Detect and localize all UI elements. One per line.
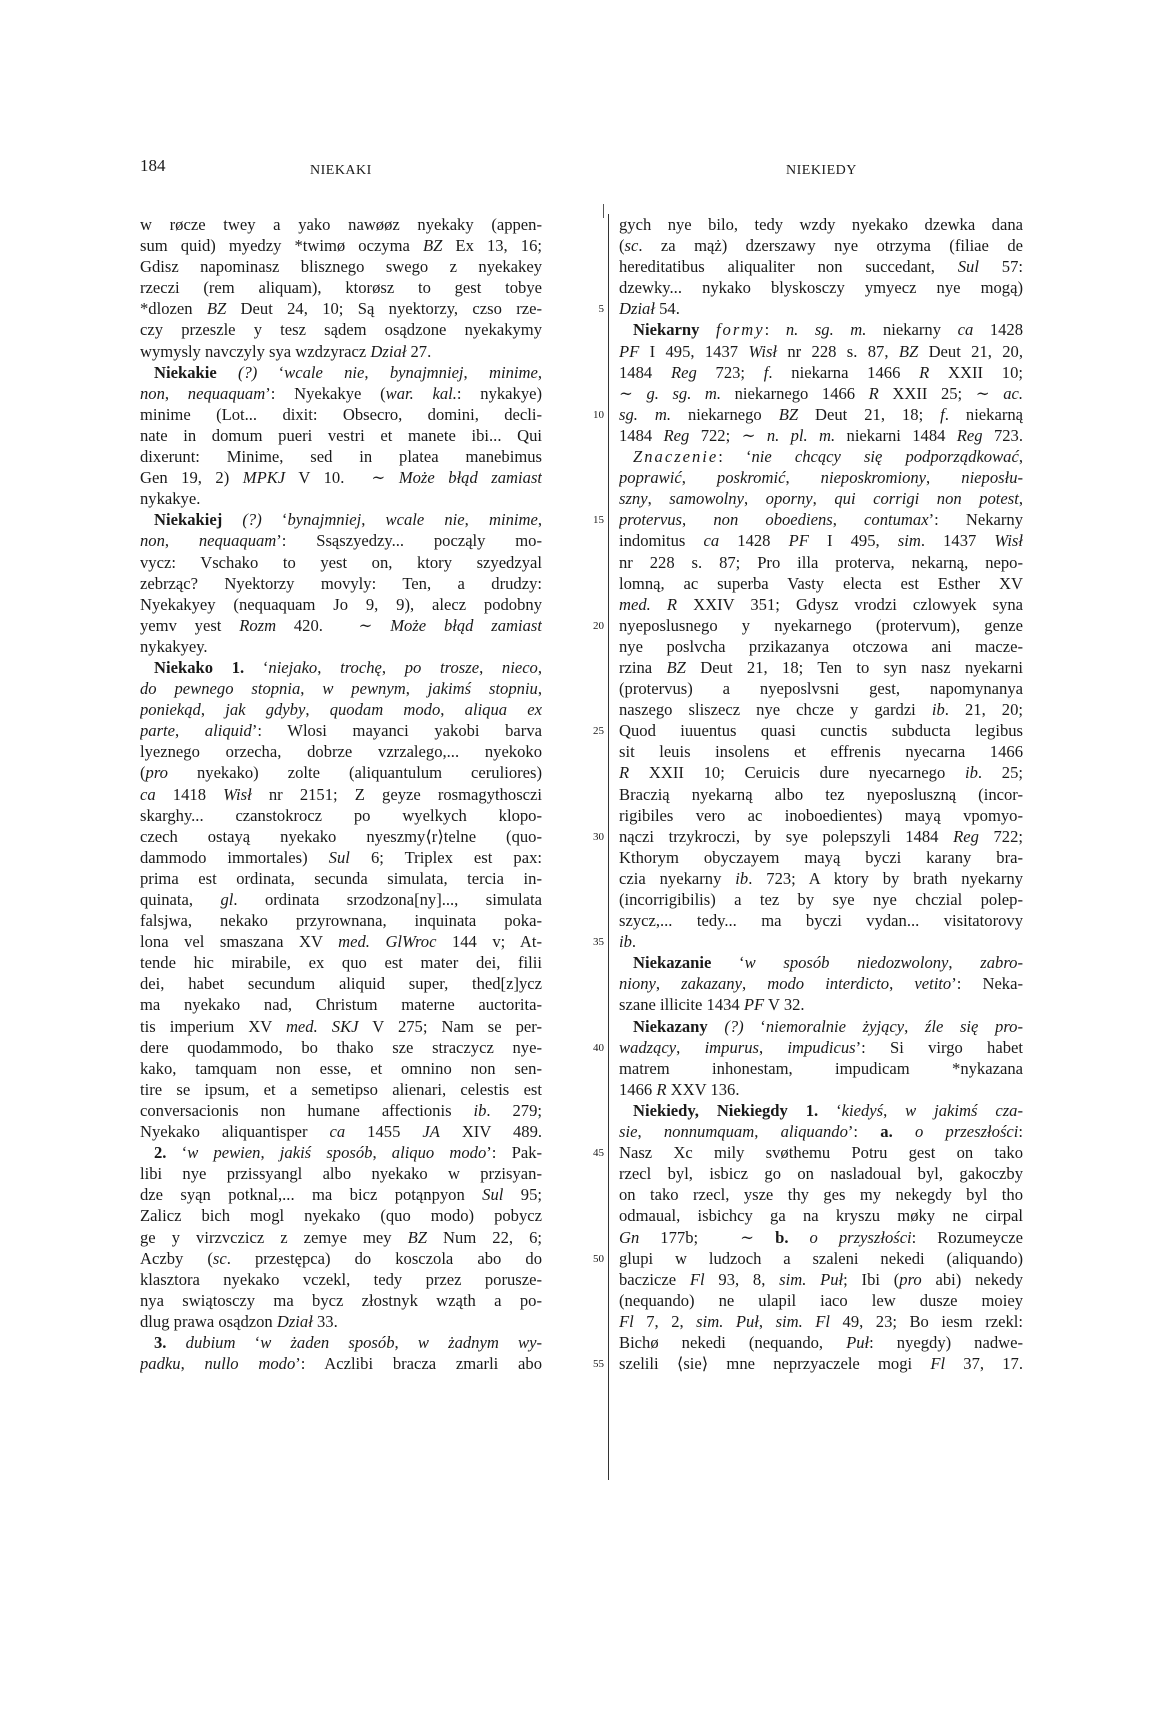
line-number: 25: [586, 725, 604, 737]
right-line: wadzący, impurus, impudicus’: Si virgo h…: [619, 1037, 1023, 1058]
left-line: w røcze twey a yako nawøøz nyekaky (appe…: [140, 214, 542, 235]
right-line: (nequando) ne ulapil iaco lew dusze moie…: [619, 1290, 1023, 1311]
right-line: Kthorym obyczayem mayą byczi karany bra-: [619, 847, 1023, 868]
right-line: ∼ g. sg. m. niekarnego 1466 R XXII 25; ∼…: [619, 383, 1023, 404]
right-line: hereditatibus aliqualiter non succedant,…: [619, 256, 1023, 277]
left-line: yemv yest Rozm 420. ∼ Może błąd zamiast: [140, 615, 542, 636]
right-line: Braczią nyekarną albo tez nyeposluszną (…: [619, 784, 1023, 805]
line-number: 20: [586, 620, 604, 632]
right-line: 1484 Reg 723; f. niekarna 1466 R XXII 10…: [619, 362, 1023, 383]
right-line: nyeposlusnego y nyekarnego (protervum), …: [619, 615, 1023, 636]
right-line: Bichø nekedi (nequando, Puł: nyegdy) nad…: [619, 1332, 1023, 1353]
left-line: skarghy... czanstokrocz po wyelkych klop…: [140, 805, 542, 826]
right-line: ib.: [619, 931, 1023, 952]
right-line: dzewky... nykako blyskosczy ymyecz nye m…: [619, 277, 1023, 298]
right-line: sie, nonnumquam, aliquando’: a. o przesz…: [619, 1121, 1023, 1142]
left-line: libi nye przissyangl albo nyekako w przi…: [140, 1163, 542, 1184]
left-line: lyeznego orzecha, dobrze vzrzalego,... n…: [140, 741, 542, 762]
left-line: kako, tamquam non esse, et omnino non se…: [140, 1058, 542, 1079]
left-line: sum quid) myedzy *twimø oczyma BZ Ex 13,…: [140, 235, 542, 256]
line-number: 40: [586, 1042, 604, 1054]
running-head-right: NIEKIEDY: [786, 163, 857, 179]
right-line: (incorrigibilis) a tez by sye nye chczia…: [619, 889, 1023, 910]
right-line: nączi trzykroczi, by sye polepszyli 1484…: [619, 826, 1023, 847]
line-number: 45: [586, 1147, 604, 1159]
right-line: Gn 177b; ∼ b. o przyszłości: Rozumeycze: [619, 1227, 1023, 1248]
left-line: klasztora nyekako vczekl, tedy przez por…: [140, 1269, 542, 1290]
page-number: 184: [140, 156, 166, 176]
right-line: odmaual, isbichcy ga na kryszu møky ne c…: [619, 1205, 1023, 1226]
left-line: parte, aliquid’: Wlosi mayanci yakobi ba…: [140, 720, 542, 741]
right-line: gych nye bilo, tedy wzdy nyekako dzewka …: [619, 214, 1023, 235]
right-line: rigibiles vero ac inoboedientes) mayą vp…: [619, 805, 1023, 826]
line-number: 50: [586, 1253, 604, 1265]
right-line: sg. m. niekarnego BZ Deut 21, 18; f. nie…: [619, 404, 1023, 425]
right-line: nye poslvcha przikazanya otczowa ani mac…: [619, 636, 1023, 657]
right-line: baczicze Fl 93, 8, sim. Puł; Ibi (pro ab…: [619, 1269, 1023, 1290]
left-line: *dlozen BZ Deut 24, 10; Są nyektorzy, cz…: [140, 298, 542, 319]
left-line: ge y virzvczicz z zemye mey BZ Num 22, 6…: [140, 1227, 542, 1248]
right-column-text: gych nye bilo, tedy wzdy nyekako dzewka …: [619, 214, 1023, 1374]
left-line: nykakyey.: [140, 636, 542, 657]
left-line: dammodo immortales) Sul 6; Triplex est p…: [140, 847, 542, 868]
left-column-text: w røcze twey a yako nawøøz nyekaky (appe…: [140, 214, 542, 1374]
left-line: Gdisz napominasz blisznego swego z nyeka…: [140, 256, 542, 277]
line-number: 30: [586, 831, 604, 843]
left-line: (pro nyekako) zolte (aliquantulum ceruli…: [140, 762, 542, 783]
left-line: Gen 19, 2) MPKJ V 10. ∼ Może błąd zamias…: [140, 467, 542, 488]
left-line: padku, nullo modo’: Aczlibi bracza zmarl…: [140, 1353, 542, 1374]
left-line: 2. ‘w pewien, jakiś sposób, aliquo modo’…: [140, 1142, 542, 1163]
right-line: czia nyekarny ib. 723; A ktory by brath …: [619, 868, 1023, 889]
left-line: wymysly navczyly sya wzdzyracz Dział 27.: [140, 341, 542, 362]
left-line: dixerunt: Minime, sed in platea manebimu…: [140, 446, 542, 467]
right-line: on tako rzecl, ysze thy ges my nekegdy b…: [619, 1184, 1023, 1205]
right-line: Niekazany (?) ‘niemoralnie żyjący, źle s…: [619, 1016, 1023, 1037]
left-line: non, nequaquam’: Ssąszyedzy... począly m…: [140, 530, 542, 551]
left-line: nykakye.: [140, 488, 542, 509]
right-line: Nasz Xc mily svøthemu Potru gest on tako: [619, 1142, 1023, 1163]
left-line: czy przeszle y tesz sądem osądzone nyeka…: [140, 319, 542, 340]
left-line: quinata, gl. ordinata srzodzona[ny]..., …: [140, 889, 542, 910]
left-line: Zalicz bich mogl nyekako (quo modo) poby…: [140, 1205, 542, 1226]
left-line: nya swiątosczy ma bycz złostnyk wząth a …: [140, 1290, 542, 1311]
column-divider: [608, 214, 609, 1480]
left-line: do pewnego stopnia, w pewnym, jakimś sto…: [140, 678, 542, 699]
right-line: Quod iuuentus quasi cunctis subducta leg…: [619, 720, 1023, 741]
right-line: rzina BZ Deut 21, 18; Ten to syn nasz ny…: [619, 657, 1023, 678]
line-number: 15: [586, 514, 604, 526]
left-line: Niekakiej (?) ‘bynajmniej, wcale nie, mi…: [140, 509, 542, 530]
left-line: dze syąn potknal,... ma bicz potąnpyon S…: [140, 1184, 542, 1205]
right-line: poprawić, poskromić, nieposkromiony, nie…: [619, 467, 1023, 488]
left-line: Nyekako aliquantisper ca 1455 JA XIV 489…: [140, 1121, 542, 1142]
right-line: sit leuis insolens et effrenis nyecarna …: [619, 741, 1023, 762]
left-line: non, nequaquam’: Nyekakye (war. kal.: ny…: [140, 383, 542, 404]
left-line: Niekakie (?) ‘wcale nie, bynajmniej, min…: [140, 362, 542, 383]
left-line: poniekąd, jak gdyby, quodam modo, aliqua…: [140, 699, 542, 720]
right-line: lomną, ac superba Vasty electa est Esthe…: [619, 573, 1023, 594]
right-line: rzecl byl, isbicz go on nasladoual byl, …: [619, 1163, 1023, 1184]
right-line: Niekazanie ‘w sposób niedozwolony, zabro…: [619, 952, 1023, 973]
right-line: glupi w ludzoch a szaleni nekedi (aliqua…: [619, 1248, 1023, 1269]
right-line: R XXII 10; Ceruicis dure nyecarnego ib. …: [619, 762, 1023, 783]
left-line: vycz: Vschako to yest on, ktory szyedzya…: [140, 552, 542, 573]
left-line: ma nyekako nad, Christum materne auctori…: [140, 994, 542, 1015]
right-line: med. R XXIV 351; Gdysz vrodzi czlowyek s…: [619, 594, 1023, 615]
left-line: zebrząc? Nyektorzy movyly: Ten, a drudzy…: [140, 573, 542, 594]
left-line: Niekako 1. ‘niejako, trochę, po trosze, …: [140, 657, 542, 678]
left-line: 3. dubium ‘w żaden sposób, w żadnym wy-: [140, 1332, 542, 1353]
right-line: Dział 54.: [619, 298, 1023, 319]
left-line: falsjwa, nekako przyrownana, inquinata p…: [140, 910, 542, 931]
left-line: conversacionis non humane affectionis ib…: [140, 1100, 542, 1121]
right-line: PF I 495, 1437 Wisł nr 228 s. 87, BZ Deu…: [619, 341, 1023, 362]
right-line: (protervus) a nyeposlvsni gest, napomyna…: [619, 678, 1023, 699]
line-number: 55: [586, 1358, 604, 1370]
right-line: Znaczenie: ‘nie chcący się podporządkowa…: [619, 446, 1023, 467]
right-line: niony, zakazany, modo interdicto, vetito…: [619, 973, 1023, 994]
right-line: matrem inhonestam, impudicam *nykazana: [619, 1058, 1023, 1079]
right-line: naszego sliszecz nye chcze y gardzi ib. …: [619, 699, 1023, 720]
line-number: 35: [586, 936, 604, 948]
left-line: dlug prawa osądzon Dział 33.: [140, 1311, 542, 1332]
right-line: szny, samowolny, oporny, qui corrigi non…: [619, 488, 1023, 509]
right-line: 1466 R XXV 136.: [619, 1079, 1023, 1100]
left-line: ca 1418 Wisł nr 2151; Z geyze rosmagytho…: [140, 784, 542, 805]
right-line: 1484 Reg 722; ∼ n. pl. m. niekarni 1484 …: [619, 425, 1023, 446]
right-line: szelili ⟨sie⟩ mne neprzyaczele mogi Fl 3…: [619, 1353, 1023, 1374]
left-line: rzeczi (rem aliquam), ktorøsz to gest to…: [140, 277, 542, 298]
left-line: tire se ipsum, et a semetipso alienari, …: [140, 1079, 542, 1100]
column-divider-tick: [603, 204, 604, 218]
right-line: Niekiedy, Niekiegdy 1. ‘kiedyś, w jakimś…: [619, 1100, 1023, 1121]
left-line: lona vel smaszana XV med. GlWroc 144 v; …: [140, 931, 542, 952]
left-line: minime (Lot... dixit: Obsecro, domini, d…: [140, 404, 542, 425]
right-line: protervus, non oboediens, contumax’: Nek…: [619, 509, 1023, 530]
line-number: 10: [586, 409, 604, 421]
left-line: Aczby (sc. przestępca) do kosczola abo d…: [140, 1248, 542, 1269]
left-line: nate in domum pueri vestri et manete ibi…: [140, 425, 542, 446]
right-line: szycz,... tedy... ma byczi vydan... visi…: [619, 910, 1023, 931]
right-line: (sc. za mąż) dzerszawy nye otrzyma (fili…: [619, 235, 1023, 256]
right-line: indomitus ca 1428 PF I 495, sim. 1437 Wi…: [619, 530, 1023, 551]
left-line: dei, habet secundum aliquid super, thed[…: [140, 973, 542, 994]
right-line: Fl 7, 2, sim. Puł, sim. Fl 49, 23; Bo ie…: [619, 1311, 1023, 1332]
left-line: tende hic mirabile, ex quo est mater dei…: [140, 952, 542, 973]
left-line: prima est ordinata, secunda simulata, te…: [140, 868, 542, 889]
left-line: czech ostayą nyekako nyeszmy⟨r⟩telne (qu…: [140, 826, 542, 847]
right-line: Niekarny formy: n. sg. m. niekarny ca 14…: [619, 319, 1023, 340]
line-number: 5: [586, 303, 604, 315]
running-head-left: NIEKAKI: [310, 163, 372, 179]
right-line: nr 228 s. 87; Pro illa proterva, nekarną…: [619, 552, 1023, 573]
left-line: Nyekakyey (nequaquam Jo 9, 9), alecz pod…: [140, 594, 542, 615]
left-line: tis imperium XV med. SKJ V 275; Nam se p…: [140, 1016, 542, 1037]
left-line: dere quodammodo, bo thako sze straczycz …: [140, 1037, 542, 1058]
right-line: szane illicite 1434 PF V 32.: [619, 994, 1023, 1015]
